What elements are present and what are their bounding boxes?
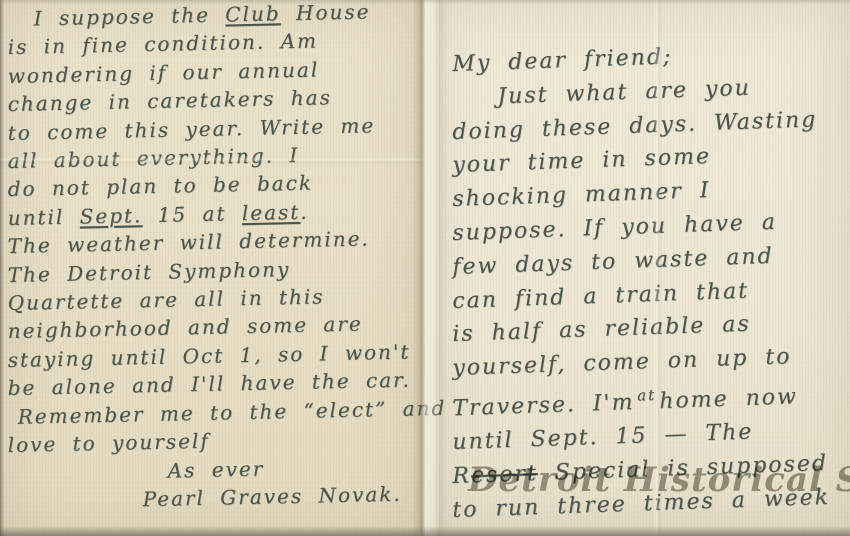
handwriting-segment: love to yourself [7, 429, 210, 457]
handwriting-segment: I suppose the [33, 2, 225, 30]
handwriting-segment: Pearl Graves Novak. [142, 482, 402, 511]
handwriting-segment: is half as reliable as [452, 312, 751, 347]
handwriting-segment: until [7, 204, 79, 230]
handwriting-segment: least [242, 200, 301, 225]
handwriting-segment: The weather will determine. [7, 227, 370, 259]
scan-shadow-top [0, 0, 850, 4]
left-page: I suppose the Club Houseis in fine condi… [0, 0, 421, 536]
letter-scan: I suppose the Club Houseis in fine condi… [0, 0, 850, 536]
handwriting-segment: is in fine condition. Am [7, 29, 318, 59]
scan-shadow-bottom [0, 526, 850, 536]
handwriting-segment: The Detroit Symphony [7, 257, 290, 287]
handwriting-segment: Traverse. I'm [452, 390, 635, 421]
scan-edge-left [0, 0, 4, 536]
handwriting-segment: My dear friend; [452, 44, 673, 77]
right-page: My dear friend;Just what are youdoing th… [421, 0, 850, 536]
handwriting-segment: few days to waste and [452, 244, 774, 280]
left-page-text: I suppose the Club Houseis in fine condi… [0, 0, 421, 516]
handwriting-segment: until Sept. 15 — The [452, 420, 754, 455]
handwriting-segment: 15 at [142, 201, 242, 227]
handwriting-segment: your time in some [452, 144, 711, 178]
handwriting-segment: Special is supposed [537, 451, 828, 486]
handwriting-segment: Just what are you [497, 75, 751, 109]
handwriting-segment: all about everything. I [7, 143, 299, 173]
handwriting-segment: do not plan to be back [7, 171, 313, 201]
handwriting-segment: shocking manner I [452, 178, 711, 212]
handwriting-segment: . [300, 200, 309, 224]
handwriting-segment: Sept. [79, 203, 142, 228]
handwriting-segment: As ever [167, 456, 264, 482]
handwriting-segment: wondering if our annual [7, 57, 319, 88]
handwriting-segment: at [637, 386, 657, 405]
right-page-text: My dear friend;Just what are youdoing th… [421, 0, 850, 527]
handwriting-segment: esort [471, 461, 539, 488]
handwriting-segment: Club [225, 1, 281, 26]
handwriting-segment: change in caretakers has [7, 85, 332, 116]
handwriting-segment: home now [659, 384, 798, 414]
handwriting-segment: R [452, 463, 471, 489]
